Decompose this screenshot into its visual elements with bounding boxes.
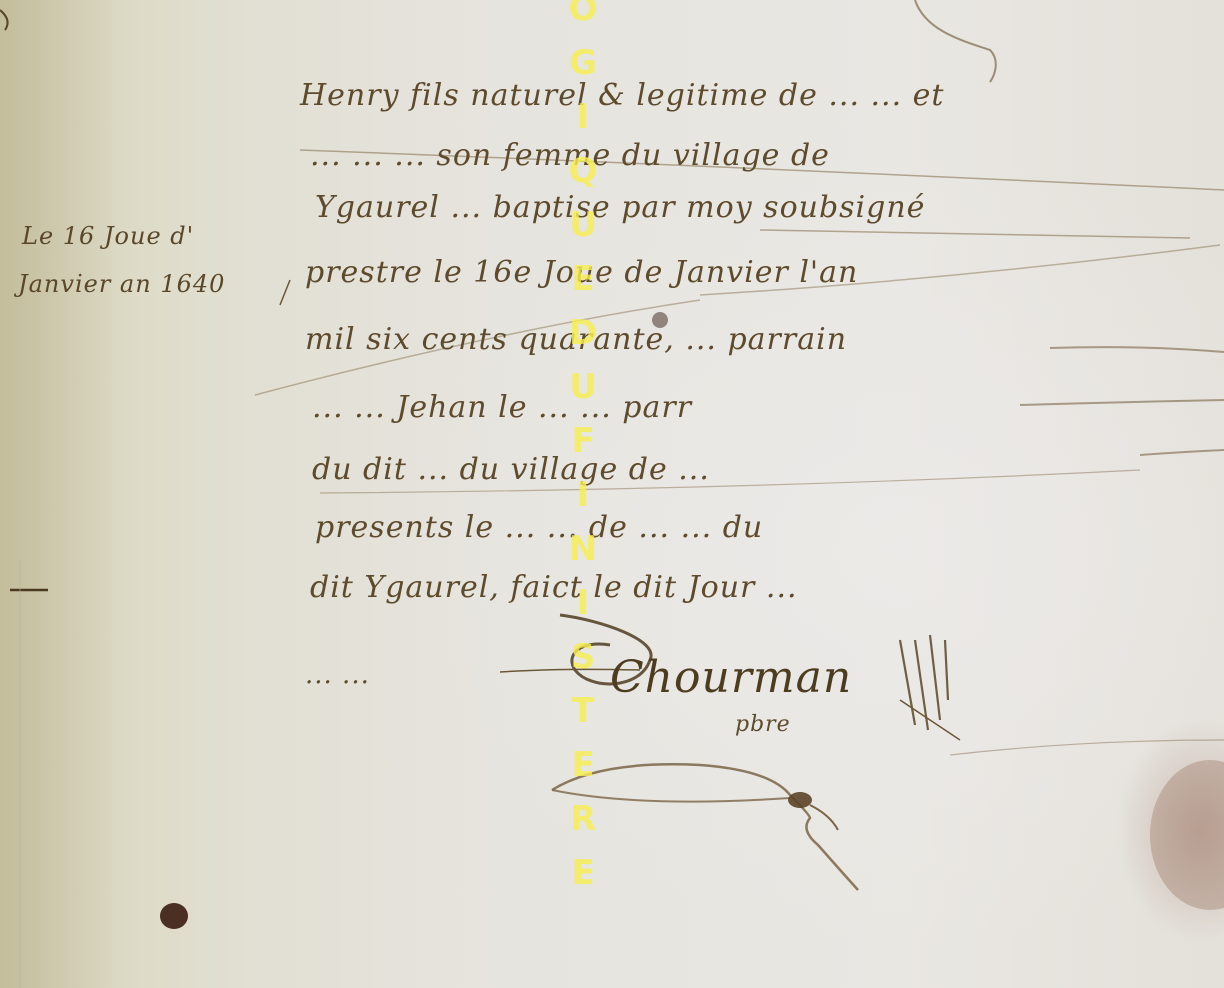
watermark-letter: T	[571, 684, 594, 738]
body-line-7: du dit ... du village de ...	[312, 452, 710, 487]
body-line-6: ... ... Jehan le ... ... parr	[312, 390, 692, 425]
watermark-letter: N	[569, 522, 597, 576]
margin-date-line-2: Janvier an 1640	[18, 270, 225, 298]
signature-title: pbre	[735, 712, 791, 737]
body-line-9: dit Ygaurel, faict le dit Jour ...	[310, 570, 798, 605]
watermark-letter: G	[569, 36, 597, 90]
body-line-3: Ygaurel ... baptise par moy soubsigné	[315, 190, 925, 225]
body-line-10: ... ...	[305, 660, 370, 690]
watermark-letter: Q	[569, 144, 598, 198]
watermark-letter: E	[571, 846, 594, 900]
watermark-letter: U	[569, 360, 597, 414]
watermark-letter: D	[569, 306, 597, 360]
watermark-letter: I	[577, 468, 590, 522]
watermark-letter: F	[571, 414, 594, 468]
watermark-letter: I	[577, 90, 590, 144]
archive-watermark: O G I Q U E D U F I N I S T E R E	[566, 0, 600, 900]
watermark-letter: S	[571, 630, 596, 684]
ink-blot	[160, 903, 188, 929]
watermark-letter: E	[571, 738, 594, 792]
watermark-letter: R	[570, 792, 596, 846]
signature-name: Chourman	[610, 652, 852, 703]
watermark-letter: I	[577, 576, 590, 630]
watermark-letter: O	[569, 0, 598, 36]
manuscript-page: Le 16 Joue d' Janvier an 1640 Henry fils…	[0, 0, 1224, 988]
margin-date-line-1: Le 16 Joue d'	[22, 222, 194, 250]
body-line-8: presents le ... ... de ... ... du	[315, 510, 763, 545]
watermark-letter: E	[571, 252, 594, 306]
body-line-1: Henry fils naturel & legitime de ... ...…	[300, 78, 944, 113]
watermark-letter: U	[569, 198, 597, 252]
